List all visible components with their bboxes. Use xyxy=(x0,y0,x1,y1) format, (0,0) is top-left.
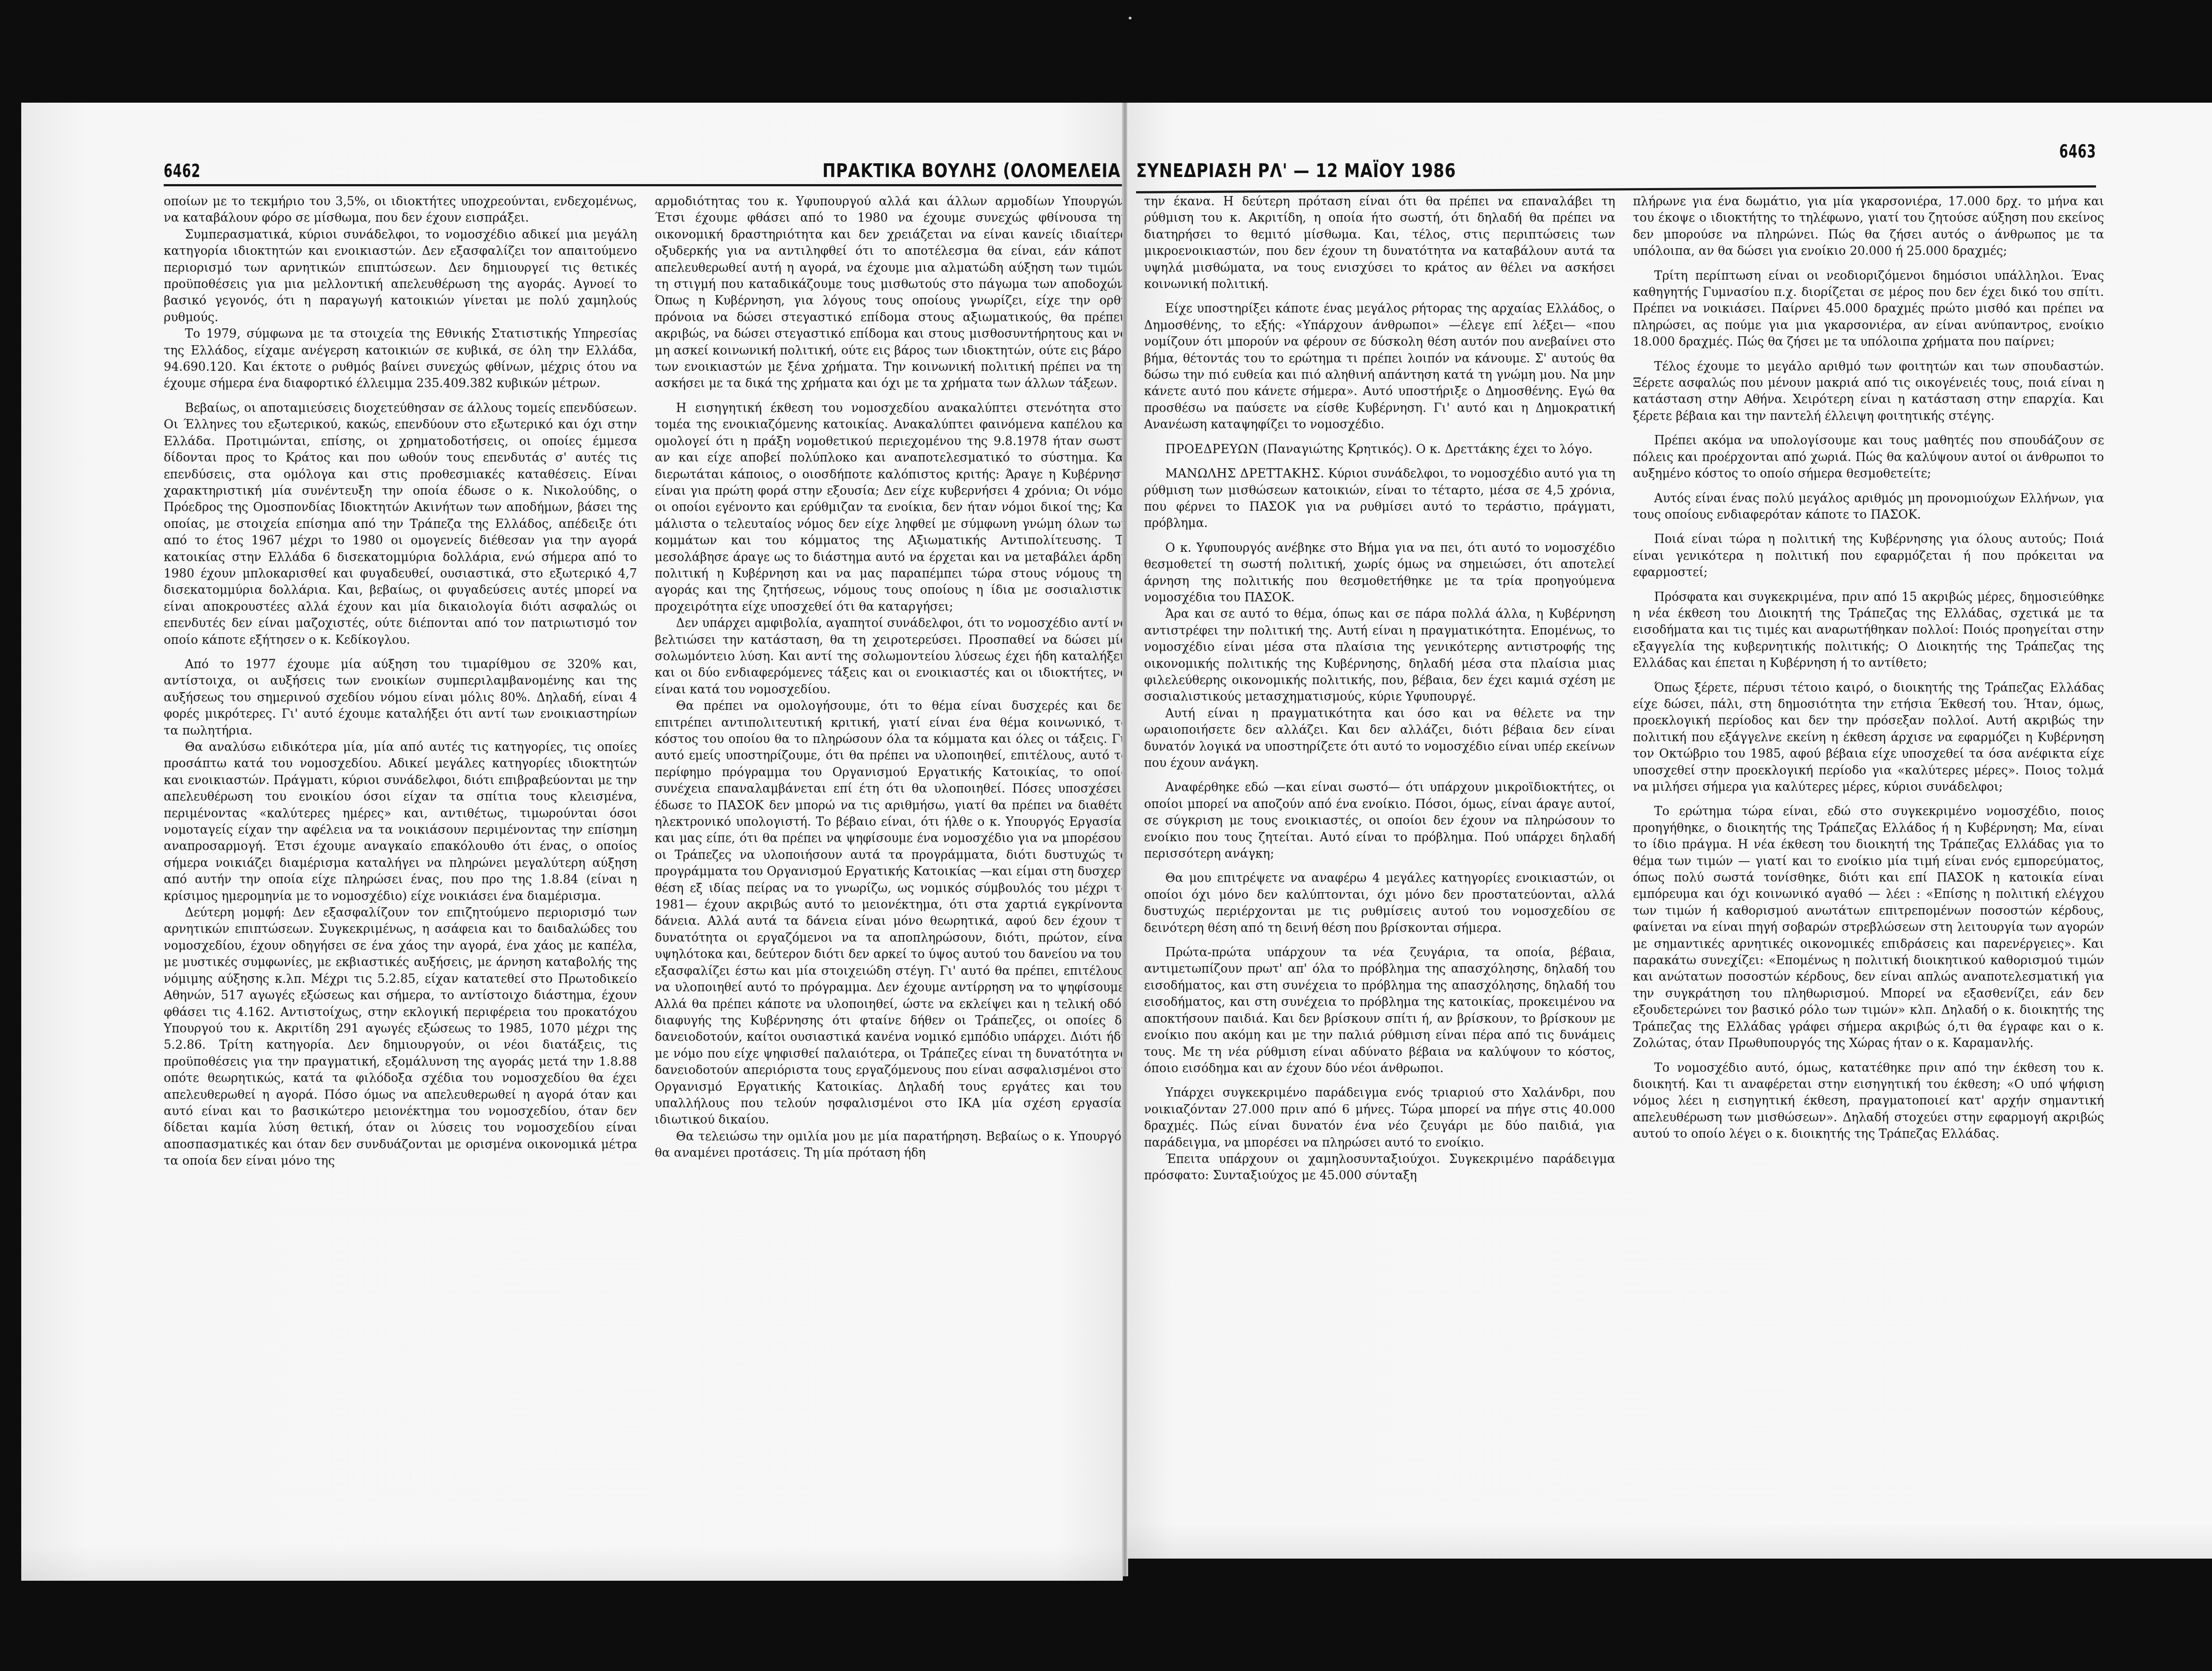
right-page: ΣΥΝΕΔΡΙΑΣΗ ΡΛ' — 12 ΜΑΪΟΥ 1986 6463 την … xyxy=(1127,103,2212,1559)
speaker-name: ΠΡΟΕΔΡΕΥΩΝ xyxy=(1165,443,1259,456)
speaker-paragraph: ΜΑΝΩΛΗΣ ΔΡΕΤΤΑΚΗΣ. Κύριοι συνάδελφοι, το… xyxy=(1144,466,1615,532)
paragraph-text: Θα αναλύσω ειδικότερα μία, μία από αυτές… xyxy=(164,740,637,903)
page-shadow xyxy=(1127,1523,2212,1559)
paragraph: Αναφέρθηκε εδώ —και είναι σωστό— ότι υπά… xyxy=(1144,779,1615,862)
page-number: 6462 xyxy=(164,161,200,181)
text-column: την έκανα. Η δεύτερη πρόταση είναι ότι θ… xyxy=(1144,193,1615,1184)
paragraph-text: Όπως ξέρετε, πέρυσι τέτοιο καιρό, ο διοι… xyxy=(1633,681,2104,794)
paragraph: Η εισηγητική έκθεση του νομοσχεδίου ανακ… xyxy=(655,400,1128,615)
header-rule xyxy=(164,184,1128,186)
paragraph: Πρόσφατα και συγκεκριμένα, πριν από 15 α… xyxy=(1633,589,2104,672)
text-column: αρμοδιότητας του κ. Υφυπουργού αλλά και … xyxy=(655,193,1128,1170)
left-page-columns: οποίων με το τεκμήριο του 3,5%, οι ιδιοκ… xyxy=(164,193,1128,1170)
paragraph: Το ερώτημα τώρα είναι, εδώ στο συγκεκριμ… xyxy=(1633,803,2104,1051)
paragraph-text: Άρα και σε αυτό το θέμα, όπως και σε πάρ… xyxy=(1144,607,1615,704)
paragraph-text: Το νομοσχέδιο αυτό, όμως, κατατέθηκε πρι… xyxy=(1633,1061,2104,1141)
paragraph: Πρέπει ακόμα να υπολογίσουμε και τους μα… xyxy=(1633,432,2104,482)
paragraph-text: Έπειτα υπάρχουν οι χαμηλοσυνταξιούχοι. Σ… xyxy=(1144,1152,1615,1182)
paragraph-text: Δεύτερη μομφή: Δεν εξασφαλίζουν τον επιζ… xyxy=(164,906,637,1168)
paragraph: Ποιά είναι τώρα η πολιτική της Κυβέρνηση… xyxy=(1633,531,2104,581)
paragraph: Είχε υποστηρίξει κάποτε ένας μεγάλος ρήτ… xyxy=(1144,300,1615,433)
paragraph-text: Το ερώτημα τώρα είναι, εδώ στο συγκεκριμ… xyxy=(1633,805,2104,1050)
page-shadow xyxy=(21,1545,1123,1581)
left-page: 6462 ΠΡΑΚΤΙΚΑ ΒΟΥΛΗΣ (ΟΛΟΜΕΛΕΙΑ) οποίων … xyxy=(21,103,1123,1581)
paragraph-text: Θα τελειώσω την ομιλία μου με μία παρατή… xyxy=(655,1130,1128,1160)
paragraph-text: αρμοδιότητας του κ. Υφυπουργού αλλά και … xyxy=(655,195,1128,390)
right-page-header: ΣΥΝΕΔΡΙΑΣΗ ΡΛ' — 12 ΜΑΪΟΥ 1986 6463 xyxy=(1136,150,2096,181)
paragraph-text: Πρόσφατα και συγκεκριμένα, πριν από 15 α… xyxy=(1633,590,2104,670)
paragraph: Αυτός είναι ένας πολύ μεγάλος αριθμός μη… xyxy=(1633,490,2104,524)
paragraph: Βεβαίως, οι αποταμιεύσεις διοχετεύθησαν … xyxy=(164,400,637,648)
page-number: 6463 xyxy=(2059,142,2096,162)
paragraph-text: Τρίτη περίπτωση είναι οι νεοδιοριζόμενοι… xyxy=(1633,269,2104,349)
paragraph: πλήρωνε για ένα δωμάτιο, για μία γκαρσον… xyxy=(1633,193,2104,260)
paragraph-text: Δεν υπάρχει αμφιβολία, αγαπητοί συνάδελφ… xyxy=(655,616,1128,697)
paragraph: Δεν υπάρχει αμφιβολία, αγαπητοί συνάδελφ… xyxy=(655,615,1128,698)
scan-artifact-mark: • xyxy=(1127,13,1132,23)
paragraph: Υπάρχει συγκεκριμένο παράδειγμα ενός τρι… xyxy=(1144,1085,1615,1151)
paragraph: οποίων με το τεκμήριο του 3,5%, οι ιδιοκ… xyxy=(164,193,637,227)
paragraph-text: Από το 1977 έχουμε μία αύξηση του τιμαρί… xyxy=(164,658,637,738)
paragraph: Αυτή είναι η πραγματικότητα και όσο και … xyxy=(1144,705,1615,772)
speaker-paragraph: ΠΡΟΕΔΡΕΥΩΝ (Παναγιώτης Κρητικός). Ο κ. Δ… xyxy=(1144,441,1615,458)
paragraph-text: Αναφέρθηκε εδώ —και είναι σωστό— ότι υπά… xyxy=(1144,781,1615,861)
paragraph: Θα τελειώσω την ομιλία μου με μία παρατή… xyxy=(655,1128,1128,1162)
paragraph: Έπειτα υπάρχουν οι χαμηλοσυνταξιούχοι. Σ… xyxy=(1144,1151,1615,1184)
paragraph-text: οποίων με το τεκμήριο του 3,5%, οι ιδιοκ… xyxy=(164,195,637,225)
text-column: πλήρωνε για ένα δωμάτιο, για μία γκαρσον… xyxy=(1633,193,2104,1184)
paragraph: Όπως ξέρετε, πέρυσι τέτοιο καιρό, ο διοι… xyxy=(1633,680,2104,796)
paragraph-text: Ο κ. Υφυπουργός ανέβηκε στο Βήμα για να … xyxy=(1144,541,1615,604)
running-title: ΠΡΑΚΤΙΚΑ ΒΟΥΛΗΣ (ΟΛΟΜΕΛΕΙΑ) xyxy=(822,160,1128,181)
paragraph: Το νομοσχέδιο αυτό, όμως, κατατέθηκε πρι… xyxy=(1633,1060,2104,1143)
paragraph-text: Αυτή είναι η πραγματικότητα και όσο και … xyxy=(1144,707,1615,770)
paragraph-text: Το 1979, σύμφωνα με τα στοιχεία της Εθνι… xyxy=(164,327,637,390)
paragraph-text: Είχε υποστηρίξει κάποτε ένας μεγάλος ρήτ… xyxy=(1144,302,1615,431)
paragraph-text: Πρώτα-πρώτα υπάρχουν τα νέα ζευγάρια, τα… xyxy=(1144,946,1615,1075)
header-rule xyxy=(1136,185,2096,193)
paragraph: Θα μου επιτρέψετε να αναφέρω 4 μεγάλες κ… xyxy=(1144,870,1615,936)
speaker-name: ΜΑΝΩΛΗΣ ΔΡΕΤΤΑΚΗΣ xyxy=(1165,467,1321,481)
paragraph-text: Θα πρέπει να ομολογήσουμε, ότι το θέμα ε… xyxy=(655,699,1128,1127)
paragraph: Άρα και σε αυτό το θέμα, όπως και σε πάρ… xyxy=(1144,606,1615,705)
paragraph: Θα πρέπει να ομολογήσουμε, ότι το θέμα ε… xyxy=(655,698,1128,1128)
paragraph: Συμπερασματικά, κύριοι συνάδελφοι, το νο… xyxy=(164,227,637,326)
paragraph-text: πλήρωνε για ένα δωμάτιο, για μία γκαρσον… xyxy=(1633,195,2104,258)
paragraph: Ο κ. Υφυπουργός ανέβηκε στο Βήμα για να … xyxy=(1144,540,1615,606)
paragraph-text: (Παναγιώτης Κρητικός). Ο κ. Δρεττάκης έχ… xyxy=(1259,443,1593,456)
paragraph-text: Ποιά είναι τώρα η πολιτική της Κυβέρνηση… xyxy=(1633,532,2104,579)
left-page-header: 6462 ΠΡΑΚΤΙΚΑ ΒΟΥΛΗΣ (ΟΛΟΜΕΛΕΙΑ) xyxy=(164,150,1128,181)
paragraph-text: Αυτός είναι ένας πολύ μεγάλος αριθμός μη… xyxy=(1633,492,2104,522)
running-title: ΣΥΝΕΔΡΙΑΣΗ ΡΛ' — 12 ΜΑΪΟΥ 1986 xyxy=(1136,160,1456,181)
paragraph: Από το 1977 έχουμε μία αύξηση του τιμαρί… xyxy=(164,656,637,739)
paragraph: Τέλος έχουμε το μεγάλο αριθμό των φοιτητ… xyxy=(1633,358,2104,425)
text-column: οποίων με το τεκμήριο του 3,5%, οι ιδιοκ… xyxy=(164,193,637,1170)
paragraph-text: την έκανα. Η δεύτερη πρόταση είναι ότι θ… xyxy=(1144,195,1615,291)
paragraph: την έκανα. Η δεύτερη πρόταση είναι ότι θ… xyxy=(1144,193,1615,293)
paragraph: Θα αναλύσω ειδικότερα μία, μία από αυτές… xyxy=(164,739,637,905)
paragraph-text: Η εισηγητική έκθεση του νομοσχεδίου ανακ… xyxy=(655,401,1128,614)
right-page-columns: την έκανα. Η δεύτερη πρόταση είναι ότι θ… xyxy=(1144,193,2104,1184)
paragraph-text: Πρέπει ακόμα να υπολογίσουμε και τους μα… xyxy=(1633,434,2104,481)
paragraph-text: Θα μου επιτρέψετε να αναφέρω 4 μεγάλες κ… xyxy=(1144,871,1615,935)
paragraph: αρμοδιότητας του κ. Υφυπουργού αλλά και … xyxy=(655,193,1128,392)
paragraph-text: Βεβαίως, οι αποταμιεύσεις διοχετεύθησαν … xyxy=(164,401,637,647)
paragraph-text: Τέλος έχουμε το μεγάλο αριθμό των φοιτητ… xyxy=(1633,360,2104,423)
paragraph-text: Υπάρχει συγκεκριμένο παράδειγμα ενός τρι… xyxy=(1144,1086,1615,1149)
paragraph: Τρίτη περίπτωση είναι οι νεοδιοριζόμενοι… xyxy=(1633,268,2104,350)
paragraph: Δεύτερη μομφή: Δεν εξασφαλίζουν τον επιζ… xyxy=(164,905,637,1170)
paragraph: Το 1979, σύμφωνα με τα στοιχεία της Εθνι… xyxy=(164,326,637,392)
paragraph: Πρώτα-πρώτα υπάρχουν τα νέα ζευγάρια, τα… xyxy=(1144,944,1615,1077)
paragraph-text: Συμπερασματικά, κύριοι συνάδελφοι, το νο… xyxy=(164,228,637,324)
